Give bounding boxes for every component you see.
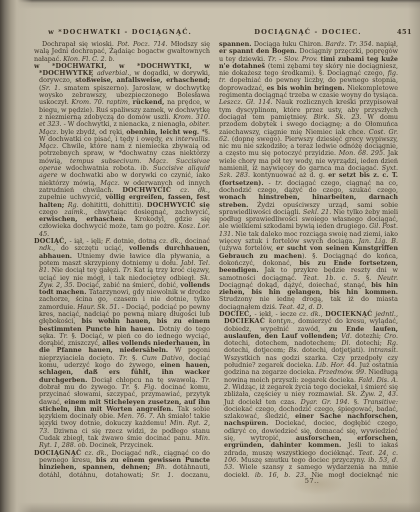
dictionary-entry: w *DOCHWATKI, w *DOCHWYTKI, w *DOCHWYTKĘ…	[34, 63, 210, 238]
dictionary-entry: DOCIEC, - iekł, - iecze cz. dk., DOCIEKN…	[219, 311, 398, 479]
scanned-dictionary-page: w *DOCHWATKI - DOCIĄGNĄĆ. DOCIĄGNĄĆ - DO…	[0, 0, 420, 512]
header-left-title: w *DOCHWATKI - DOCIĄGNĄĆ.	[30, 28, 210, 36]
paragraph: Dochrapał się wioski. Pot. Pocz. 714. Mł…	[34, 41, 210, 63]
signature-mark: 57..	[282, 477, 342, 485]
page-header: w *DOCHWATKI - DOCIĄGNĄĆ. DOCIĄGNĄĆ - DO…	[30, 27, 412, 37]
page-number: 451	[392, 28, 412, 36]
dictionary-entry: DOCIĄGNĄĆ cz. dk., Dociągać ndk., ciągną…	[34, 450, 210, 479]
paragraph: spannen. Dociąga łuku Chiron. Bardz. Tr.…	[219, 41, 398, 311]
left-column: Dochrapał się wioski. Pot. Pocz. 714. Mł…	[34, 41, 210, 479]
dictionary-entry: DOCIĄĆ, - iął, - ięli; F. dotnie, dotną …	[34, 238, 210, 450]
text-columns: Dochrapał się wioski. Pot. Pocz. 714. Mł…	[34, 41, 398, 479]
text-run: Rs.	[79, 478, 94, 479]
text-run: Dziwna ci się rzecz widzi, że podłego st…	[39, 427, 210, 442]
right-column: spannen. Dociąga łuku Chiron. Bardz. Tr.…	[219, 41, 398, 479]
header-right-title: DOCIĄGNĄĆ - DOCIEC.	[224, 28, 392, 36]
